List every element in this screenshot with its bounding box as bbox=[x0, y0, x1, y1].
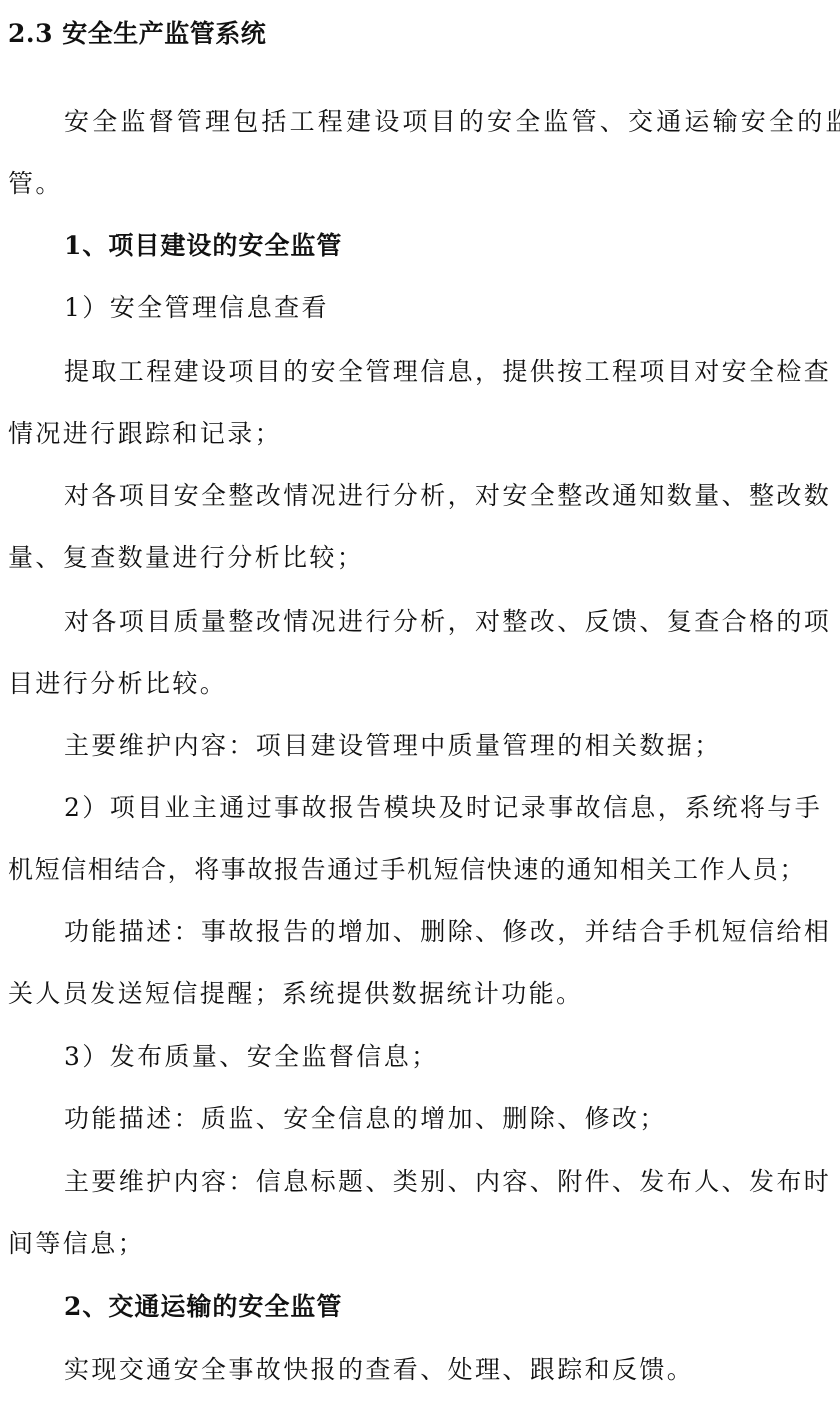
paragraph-3-line-2: 目进行分析比较。 bbox=[8, 668, 840, 700]
paragraph-2-line-1: 对各项目安全整改情况进行分析，对安全整改通知数量、整改数 bbox=[64, 480, 840, 512]
item-2-function-line-2: 关人员发送短信提醒；系统提供数据统计功能。 bbox=[8, 978, 840, 1010]
item-2-function-line-1: 功能描述：事故报告的增加、删除、修改，并结合手机短信给相 bbox=[64, 916, 840, 948]
item-2-line-1: 2）项目业主通过事故报告模块及时记录事故信息，系统将与手 bbox=[64, 792, 840, 824]
item-3-function: 功能描述：质监、安全信息的增加、删除、修改； bbox=[64, 1103, 840, 1135]
paragraph-2-line-2: 量、复查数量进行分析比较； bbox=[8, 542, 840, 574]
paragraph-1-line-1: 提取工程建设项目的安全管理信息，提供按工程项目对安全检查 bbox=[64, 356, 840, 388]
intro-line-2: 管。 bbox=[8, 168, 840, 200]
item-3-title: 3）发布质量、安全监督信息； bbox=[64, 1041, 840, 1073]
item-1-title: 1）安全管理信息查看 bbox=[64, 292, 840, 324]
subsection-2-paragraph: 实现交通安全事故快报的查看、处理、跟踪和反馈。 bbox=[64, 1354, 840, 1386]
item-3-maintenance-line-1: 主要维护内容：信息标题、类别、内容、附件、发布人、发布时 bbox=[64, 1166, 840, 1198]
item-2-line-2: 机短信相结合，将事故报告通过手机短信快速的通知相关工作人员； bbox=[8, 854, 840, 886]
item-3-maintenance-line-2: 间等信息； bbox=[8, 1228, 840, 1260]
section-title: 2.3 安全生产监管系统 bbox=[8, 18, 840, 50]
subsection-2-heading: 2、交通运输的安全监管 bbox=[64, 1291, 840, 1323]
paragraph-1-line-2: 情况进行跟踪和记录； bbox=[8, 418, 840, 450]
subsection-1-heading: 1、项目建设的安全监管 bbox=[64, 230, 840, 262]
paragraph-4: 主要维护内容：项目建设管理中质量管理的相关数据； bbox=[64, 730, 840, 762]
intro-line-1: 安全监督管理包括工程建设项目的安全监管、交通运输安全的监 bbox=[64, 106, 840, 138]
paragraph-3-line-1: 对各项目质量整改情况进行分析，对整改、反馈、复查合格的项 bbox=[64, 606, 840, 638]
